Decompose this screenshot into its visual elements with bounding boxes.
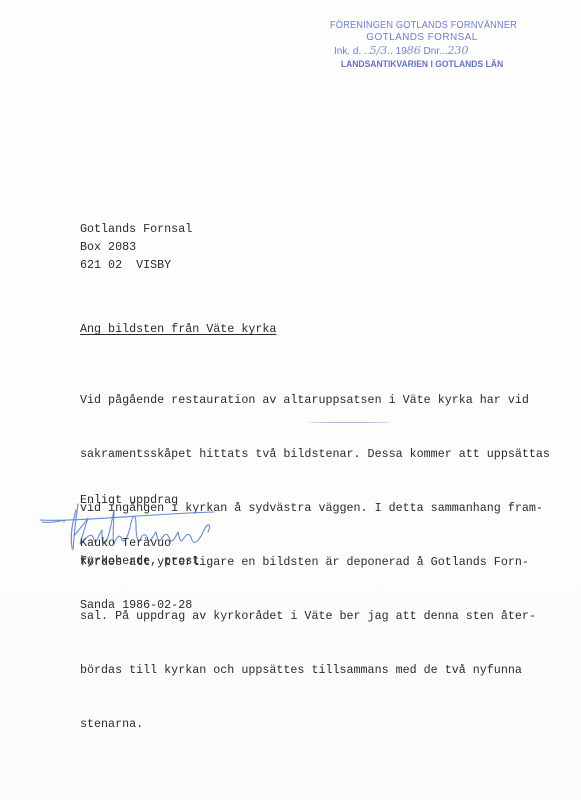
- signer-block: Kauko Terävuokyrkoherde, prost: [80, 534, 199, 570]
- stamp-year-prefix: 19: [396, 46, 407, 57]
- recipient-postal: 621 02 VISBY: [80, 256, 192, 274]
- body-line: sakramentsskåpet hittats två bildstenar.…: [80, 445, 550, 463]
- recipient-address: Gotlands FornsalBox 2083621 02 VISBY: [80, 220, 192, 274]
- recipient-box: Box 2083: [80, 238, 192, 256]
- letter-subject: Ang bildsten från Väte kyrka: [80, 320, 276, 338]
- registry-stamp: FÖRENINGEN GOTLANDS FORNVÄNNER GOTLANDS …: [322, 20, 522, 71]
- stamp-ink-label: Ink. d.: [334, 46, 361, 57]
- stamp-dnr-value: 230: [447, 44, 468, 57]
- body-line: stenarna.: [80, 715, 550, 733]
- stamp-dots: ..: [387, 46, 395, 57]
- stamp-line-received: Ink. d. ..5/3.. 1986 Dnr...230: [322, 44, 522, 59]
- stamp-line-association: FÖRENINGEN GOTLANDS FORNVÄNNER: [330, 20, 514, 32]
- stamp-line-museum: GOTLANDS FORNSAL: [322, 32, 522, 44]
- recipient-name: Gotlands Fornsal: [80, 220, 192, 238]
- stamp-year-suffix: 86: [407, 44, 421, 57]
- body-line: Vid pågående restauration av altaruppsat…: [80, 391, 550, 409]
- letter-page: FÖRENINGEN GOTLANDS FORNVÄNNER GOTLANDS …: [0, 0, 581, 800]
- place-date: Sanda 1986-02-28: [80, 596, 192, 614]
- signer-title: kyrkoherde, prost: [80, 552, 199, 570]
- stamp-received-day-month: 5/3: [370, 44, 388, 57]
- body-line: bördas till kyrkan och uppsättes tillsam…: [80, 661, 550, 679]
- stamp-line-authority: LANDSANTIKVARIEN I GOTLANDS LÄN: [332, 59, 512, 71]
- stamp-dnr-label: Dnr.: [424, 46, 442, 57]
- signer-name: Kauko Terävuo: [80, 534, 199, 552]
- pen-underline-mark: [307, 420, 391, 423]
